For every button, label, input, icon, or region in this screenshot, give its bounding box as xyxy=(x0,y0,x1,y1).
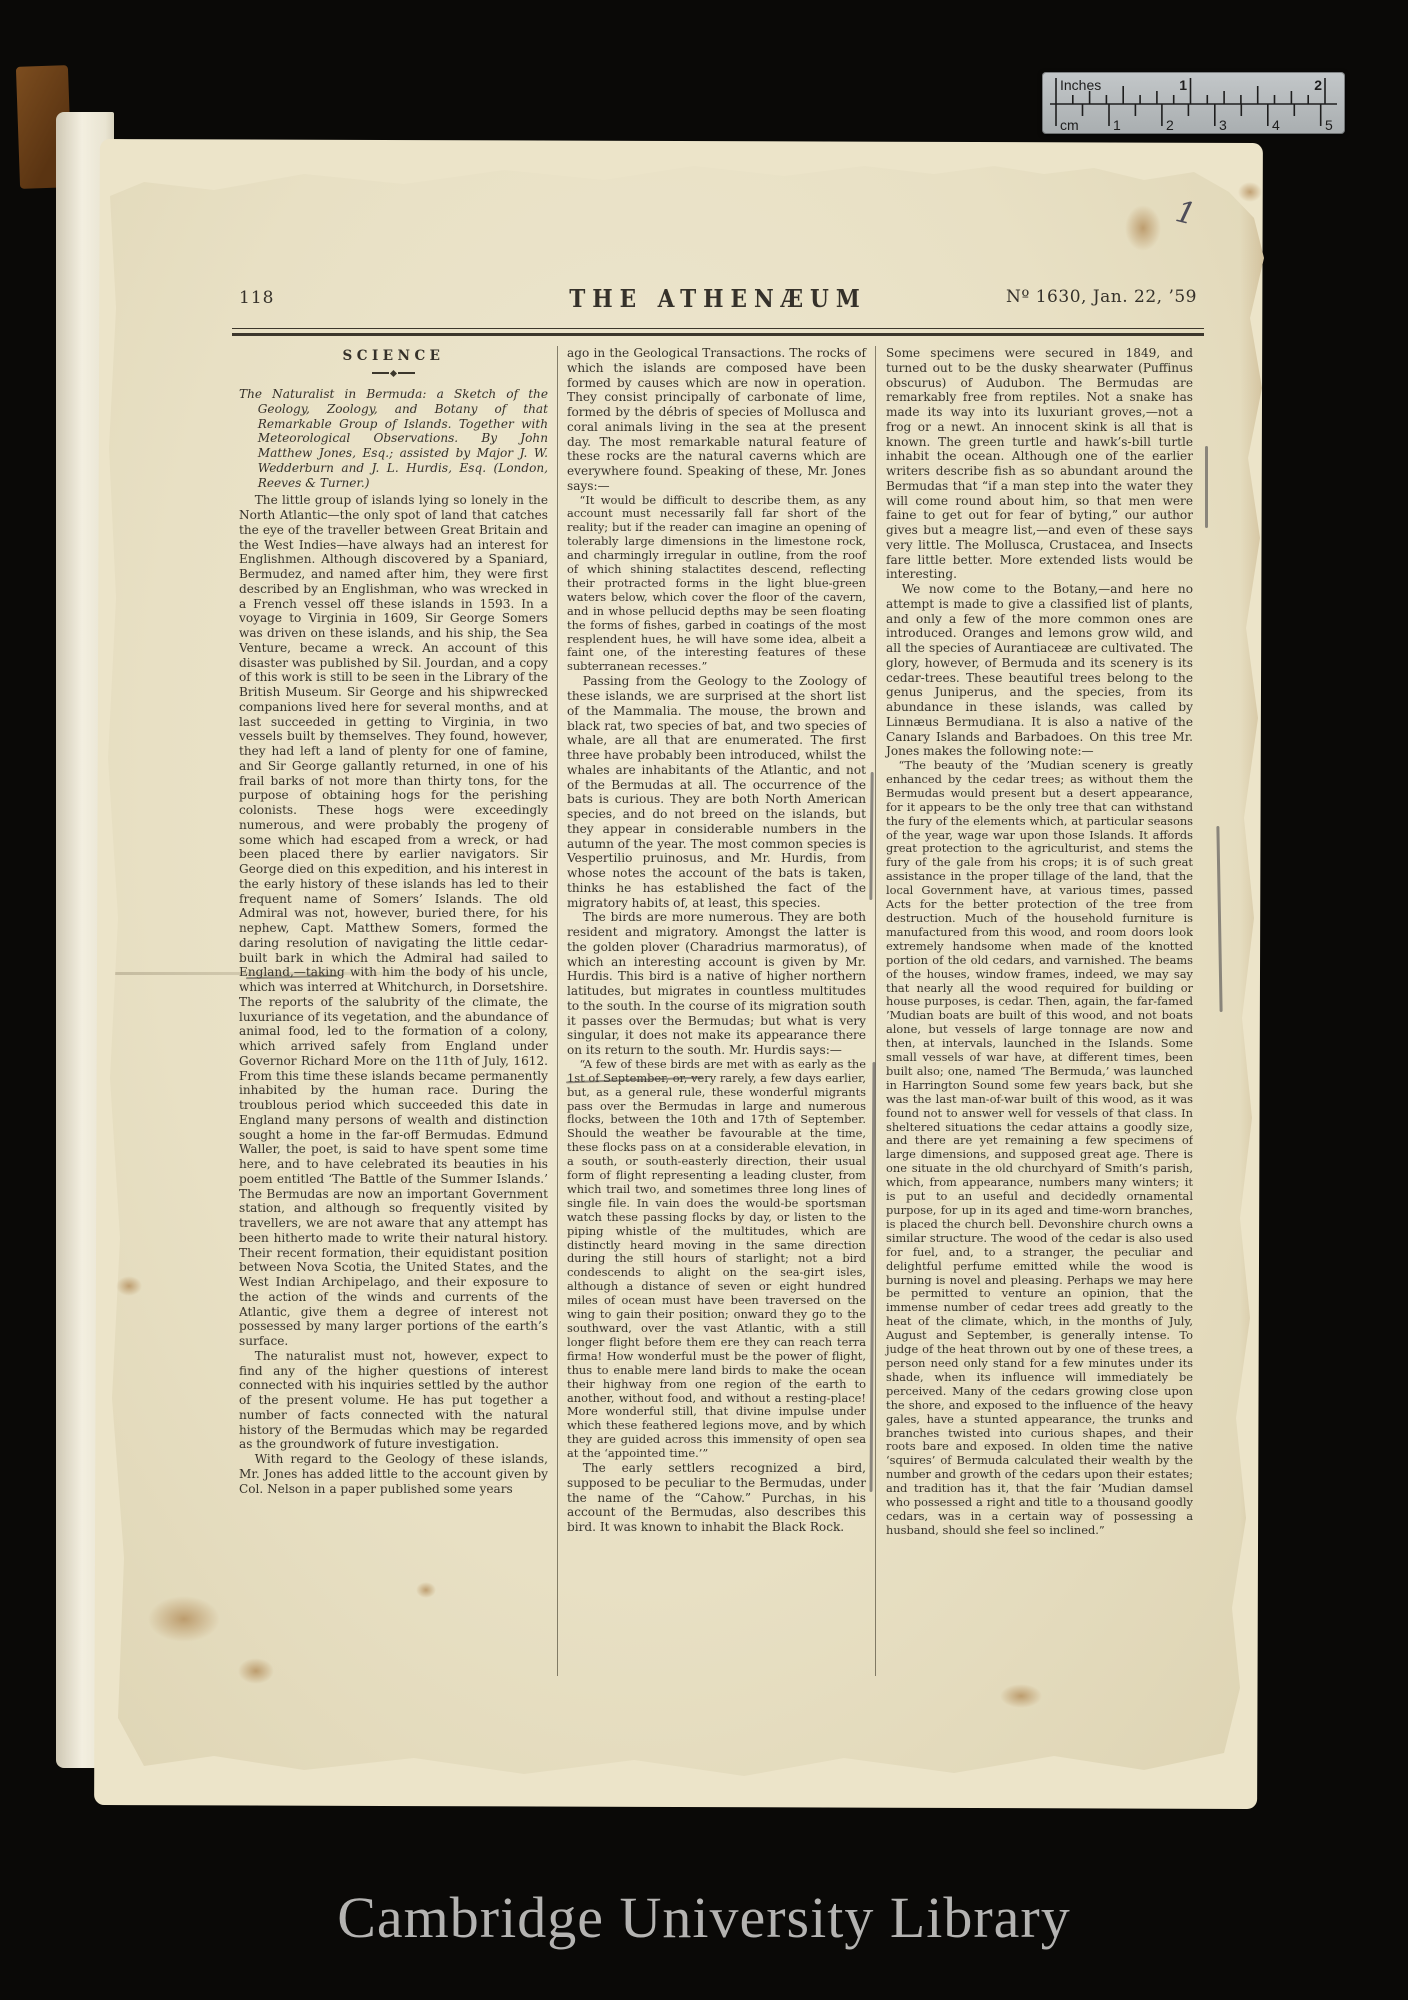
issue-number: Nº 1630, Jan. 22, ’59 xyxy=(1006,287,1197,307)
newspaper-clipping-page: 118 THE ATHENÆUM Nº 1630, Jan. 22, ’59 S… xyxy=(104,158,1274,1803)
foxing-spot xyxy=(116,1276,142,1296)
photograph-of-book-page: 118 THE ATHENÆUM Nº 1630, Jan. 22, ’59 S… xyxy=(0,0,1408,2000)
ruler-cm-label: cm xyxy=(1060,117,1079,133)
article-columns: SCIENCE The Naturalist in Bermuda: a Ske… xyxy=(239,346,1197,1676)
column-1-body: The little group of islands lying so lon… xyxy=(239,493,548,1496)
article-title: The Naturalist in Bermuda: a Sketch of t… xyxy=(239,387,548,490)
paragraph: The little group of islands lying so lon… xyxy=(239,493,548,1349)
column-2: ago in the Geological Transactions. The … xyxy=(557,346,875,1676)
ruler-cm-3: 3 xyxy=(1219,117,1227,133)
ruler-scale-graphic: Inches 1 2 cm 1 2 3 4 5 xyxy=(1042,72,1345,134)
paragraph: Some specimens were secured in 1849, and… xyxy=(886,346,1193,582)
paragraph: Passing from the Geology to the Zoology … xyxy=(567,674,866,910)
foxing-spot xyxy=(416,1582,436,1598)
paragraph: ago in the Geological Transactions. The … xyxy=(567,346,866,494)
foxing-spot xyxy=(1125,205,1161,251)
pencil-margin-stroke xyxy=(1205,446,1208,528)
foxing-spot xyxy=(148,1596,220,1642)
page-header: 118 THE ATHENÆUM Nº 1630, Jan. 22, ’59 xyxy=(239,282,1197,314)
ruler-cm-2: 2 xyxy=(1166,117,1174,133)
measuring-ruler: Inches 1 2 cm 1 2 3 4 5 xyxy=(1042,72,1345,134)
ruler-inch-2: 2 xyxy=(1314,77,1322,93)
paragraph: “It would be difficult to describe them,… xyxy=(567,494,866,675)
header-double-rule xyxy=(232,328,1204,336)
paragraph: The birds are more numerous. They are bo… xyxy=(567,910,866,1058)
section-heading: SCIENCE xyxy=(239,348,548,364)
paragraph: The naturalist must not, however, expect… xyxy=(239,1349,548,1452)
section-divider-ornament xyxy=(239,367,548,379)
paragraph: The early settlers recognized a bird, su… xyxy=(567,1461,866,1535)
ruler-cm-5: 5 xyxy=(1325,117,1333,133)
foxing-spot xyxy=(1000,1684,1042,1708)
column-1: SCIENCE The Naturalist in Bermuda: a Ske… xyxy=(239,346,557,1676)
paragraph: With regard to the Geology of these isla… xyxy=(239,1452,548,1496)
column-3: Some specimens were secured in 1849, and… xyxy=(875,346,1193,1676)
foxing-spot xyxy=(238,1658,274,1684)
foxing-spot xyxy=(1238,182,1262,202)
paragraph: “The beauty of the ’Mudian scenery is gr… xyxy=(886,759,1193,1538)
ruler-inch-1: 1 xyxy=(1179,77,1187,93)
library-watermark: Cambridge University Library xyxy=(0,1884,1408,1951)
ruler-cm-1: 1 xyxy=(1113,117,1121,133)
paragraph: We now come to the Botany,—and here no a… xyxy=(886,582,1193,759)
ruler-inches-label: Inches xyxy=(1060,77,1101,93)
paragraph: “A few of these birds are met with as ea… xyxy=(567,1058,866,1461)
ruler-cm-4: 4 xyxy=(1272,117,1280,133)
